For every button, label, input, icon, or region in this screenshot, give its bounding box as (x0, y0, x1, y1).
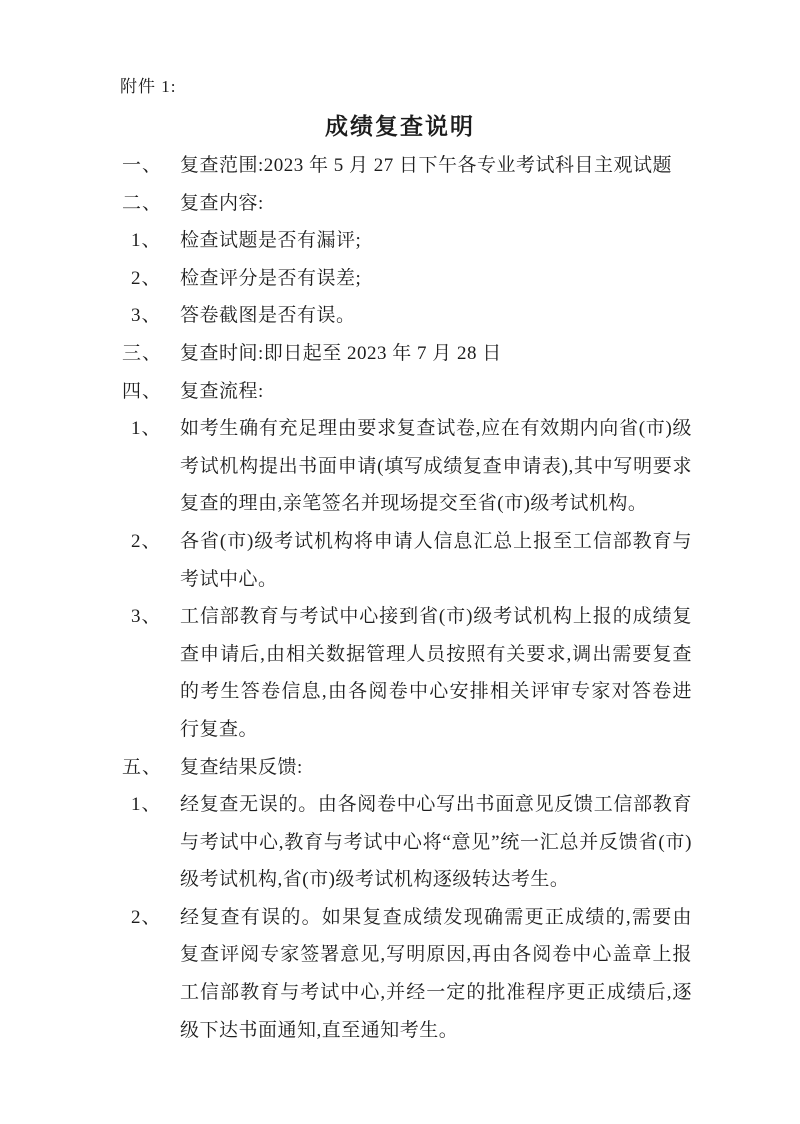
page-title: 成绩复查说明 (0, 112, 800, 142)
list-item-marker: 二、 (122, 185, 180, 223)
list-item-text: 复查内容: (180, 185, 692, 223)
list-item: 三、 复查时间:即日起至 2023 年 7 月 28 日 (122, 335, 692, 373)
list-item: 3、 答卷截图是否有误。 (122, 297, 692, 335)
list-item-text: 检查试题是否有漏评; (180, 222, 692, 260)
list-item: 一、 复查范围:2023 年 5 月 27 日下午各专业考试科目主观试题 (122, 147, 692, 185)
list-item-text: 各省(市)级考试机构将申请人信息汇总上报至工信部教育与考试中心。 (180, 523, 692, 598)
list-item: 二、 复查内容: (122, 185, 692, 223)
list-item: 1、 经复查无误的。由各阅卷中心写出书面意见反馈工信部教育与考试中心,教育与考试… (122, 786, 692, 899)
list-item-text: 复查结果反馈: (180, 749, 692, 787)
list-item-marker: 五、 (122, 749, 180, 787)
list-item: 1、 检查试题是否有漏评; (122, 222, 692, 260)
list-item-text: 答卷截图是否有误。 (180, 297, 692, 335)
list-item-marker: 四、 (122, 373, 180, 411)
document-body: 一、 复查范围:2023 年 5 月 27 日下午各专业考试科目主观试题 二、 … (122, 147, 692, 1049)
list-item: 2、 经复查有误的。如果复查成绩发现确需更正成绩的,需要由复查评阅专家签署意见,… (122, 899, 692, 1049)
list-item-text: 经复查有误的。如果复查成绩发现确需更正成绩的,需要由复查评阅专家签署意见,写明原… (180, 899, 692, 1049)
list-item: 四、 复查流程: (122, 373, 692, 411)
list-item-marker: 2、 (131, 523, 180, 561)
list-item-text: 复查范围:2023 年 5 月 27 日下午各专业考试科目主观试题 (180, 147, 692, 185)
list-item: 2、 各省(市)级考试机构将申请人信息汇总上报至工信部教育与考试中心。 (122, 523, 692, 598)
list-item-text: 复查流程: (180, 373, 692, 411)
list-item-marker: 2、 (131, 899, 180, 937)
list-item-marker: 一、 (122, 147, 180, 185)
list-item-marker: 1、 (131, 410, 180, 448)
list-item-marker: 1、 (131, 786, 180, 824)
list-item: 3、 工信部教育与考试中心接到省(市)级考试机构上报的成绩复查申请后,由相关数据… (122, 598, 692, 748)
list-item: 1、 如考生确有充足理由要求复查试卷,应在有效期内向省(市)级考试机构提出书面申… (122, 410, 692, 523)
list-item-marker: 2、 (131, 260, 180, 298)
list-item-marker: 3、 (131, 297, 180, 335)
list-item-text: 工信部教育与考试中心接到省(市)级考试机构上报的成绩复查申请后,由相关数据管理人… (180, 598, 692, 748)
list-item: 五、 复查结果反馈: (122, 749, 692, 787)
list-item-marker: 1、 (131, 222, 180, 260)
list-item-text: 经复查无误的。由各阅卷中心写出书面意见反馈工信部教育与考试中心,教育与考试中心将… (180, 786, 692, 899)
document-page: 附件 1: 成绩复查说明 一、 复查范围:2023 年 5 月 27 日下午各专… (0, 0, 800, 1124)
list-item-marker: 3、 (131, 598, 180, 636)
list-item-text: 如考生确有充足理由要求复查试卷,应在有效期内向省(市)级考试机构提出书面申请(填… (180, 410, 692, 523)
list-item: 2、 检查评分是否有误差; (122, 260, 692, 298)
list-item-text: 复查时间:即日起至 2023 年 7 月 28 日 (180, 335, 692, 373)
list-item-marker: 三、 (122, 335, 180, 373)
attachment-label: 附件 1: (120, 76, 176, 98)
list-item-text: 检查评分是否有误差; (180, 260, 692, 298)
